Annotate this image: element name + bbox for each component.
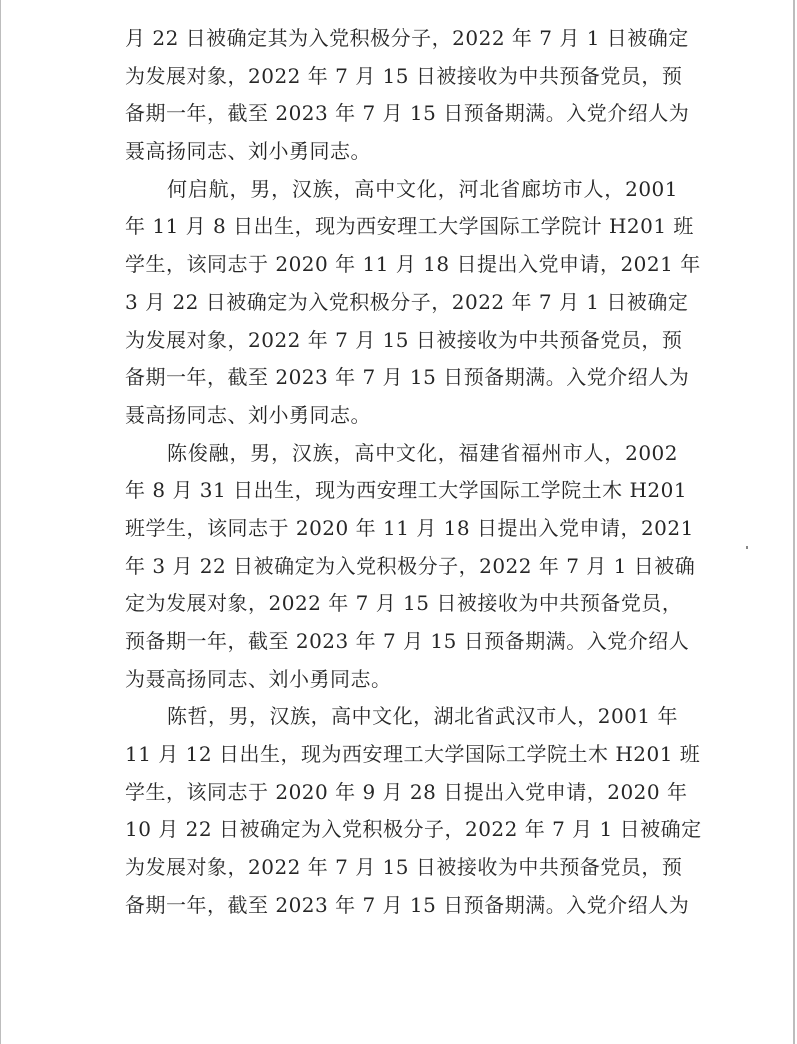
paragraph-he-qihang: 何启航，男，汉族，高中文化，河北省廊坊市人，2001 年 11 月 8 日出生，…: [125, 171, 678, 435]
text-line: 年 3 月 22 日被确定为入党积极分子，2022 年 7 月 1 日被确: [125, 548, 678, 586]
document-body: 月 22 日被确定其为入党积极分子，2022 年 7 月 1 日被确定 为发展对…: [125, 20, 678, 925]
text-line: 备期一年，截至 2023 年 7 月 15 日预备期满。入党介绍人为: [125, 887, 678, 925]
text-line: 为发展对象，2022 年 7 月 15 日被接收为中共预备党员，预: [125, 322, 678, 360]
text-line: 学生，该同志于 2020 年 9 月 28 日提出入党申请，2020 年: [125, 774, 678, 812]
scan-artifact: [746, 546, 748, 549]
text-line: 11 月 12 日出生，现为西安理工大学国际工学院土木 H201 班: [125, 736, 678, 774]
text-line: 聂高扬同志、刘小勇同志。: [125, 397, 678, 435]
text-line: 陈俊融，男，汉族，高中文化，福建省福州市人，2002: [125, 435, 678, 473]
text-line: 年 11 月 8 日出生，现为西安理工大学国际工学院计 H201 班: [125, 208, 678, 246]
text-line: 陈哲，男，汉族，高中文化，湖北省武汉市人，2001 年: [125, 698, 678, 736]
paragraph-chen-junrong: 陈俊融，男，汉族，高中文化，福建省福州市人，2002 年 8 月 31 日出生，…: [125, 435, 678, 699]
text-line: 为聂高扬同志、刘小勇同志。: [125, 661, 678, 699]
text-line: 为发展对象，2022 年 7 月 15 日被接收为中共预备党员，预: [125, 849, 678, 887]
text-line: 班学生，该同志于 2020 年 11 月 18 日提出入党申请，2021: [125, 510, 678, 548]
text-line: 10 月 22 日被确定为入党积极分子，2022 年 7 月 1 日被确定: [125, 811, 678, 849]
text-line: 3 月 22 日被确定为入党积极分子，2022 年 7 月 1 日被确定: [125, 284, 678, 322]
text-line: 月 22 日被确定其为入党积极分子，2022 年 7 月 1 日被确定: [125, 20, 678, 58]
text-line: 年 8 月 31 日出生，现为西安理工大学国际工学院土木 H201: [125, 472, 678, 510]
text-line: 预备期一年，截至 2023 年 7 月 15 日预备期满。入党介绍人: [125, 623, 678, 661]
text-line: 备期一年，截至 2023 年 7 月 15 日预备期满。入党介绍人为: [125, 95, 678, 133]
paragraph-chen-zhe: 陈哲，男，汉族，高中文化，湖北省武汉市人，2001 年 11 月 12 日出生，…: [125, 698, 678, 924]
text-line: 为发展对象，2022 年 7 月 15 日被接收为中共预备党员，预: [125, 58, 678, 96]
text-line: 备期一年，截至 2023 年 7 月 15 日预备期满。入党介绍人为: [125, 359, 678, 397]
paragraph-continuation: 月 22 日被确定其为入党积极分子，2022 年 7 月 1 日被确定 为发展对…: [125, 20, 678, 171]
text-line: 学生，该同志于 2020 年 11 月 18 日提出入党申请，2021 年: [125, 246, 678, 284]
document-page: 月 22 日被确定其为入党积极分子，2022 年 7 月 1 日被确定 为发展对…: [0, 0, 795, 1044]
text-line: 聂高扬同志、刘小勇同志。: [125, 133, 678, 171]
text-line: 定为发展对象，2022 年 7 月 15 日被接收为中共预备党员，: [125, 585, 678, 623]
text-line: 何启航，男，汉族，高中文化，河北省廊坊市人，2001: [125, 171, 678, 209]
